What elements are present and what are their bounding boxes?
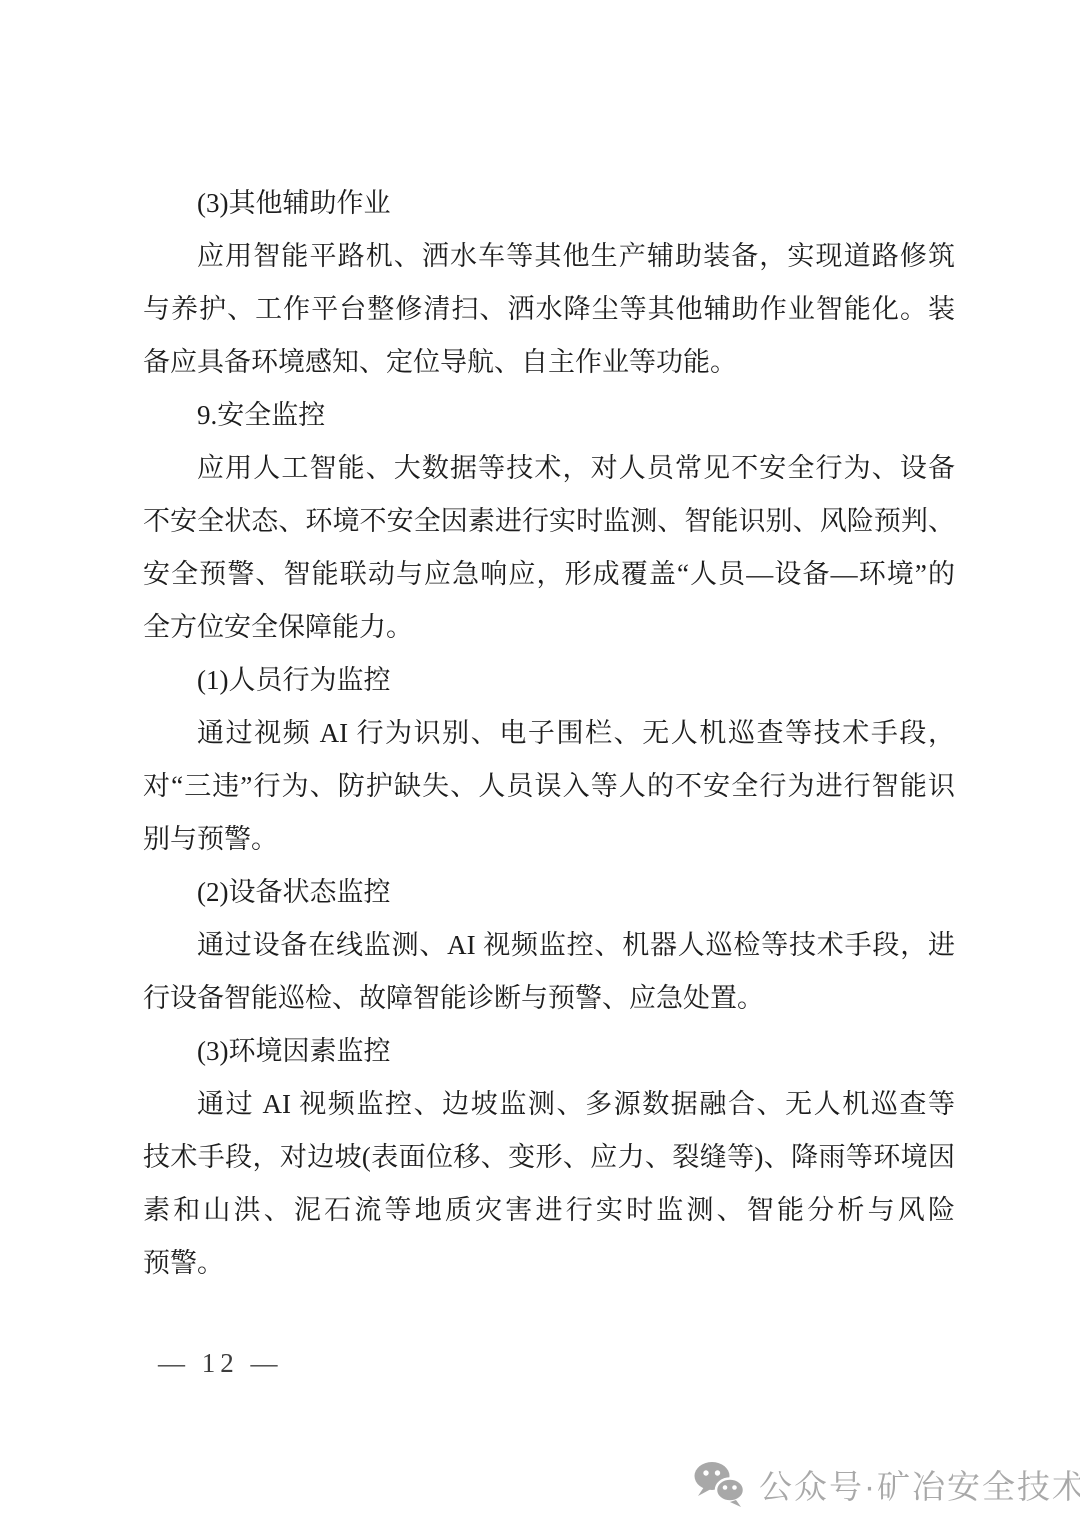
text-line: 通过 AI 视频监控、边坡监测、多源数据融合、无人机巡查等	[143, 1078, 955, 1131]
text-line: 通过设备在线监测、AI 视频监控、机器人巡检等技术手段，进	[143, 919, 955, 972]
text-line: 全方位安全保障能力。	[143, 601, 955, 654]
page-number: — 12 —	[158, 1348, 283, 1379]
text-line: 预警。	[143, 1237, 955, 1290]
text-line: 不安全状态、环境不安全因素进行实时监测、智能识别、风险预判、	[143, 495, 955, 548]
text-line: 行设备智能巡检、故障智能诊断与预警、应急处置。	[143, 972, 955, 1025]
paragraph: 应用智能平路机、洒水车等其他生产辅助装备，实现道路修筑与养护、工作平台整修清扫、…	[143, 230, 955, 389]
text-line: 9.安全监控	[143, 389, 955, 442]
document-page: (3)其他辅助作业应用智能平路机、洒水车等其他生产辅助装备，实现道路修筑与养护、…	[0, 0, 1080, 1527]
text-line: (1)人员行为监控	[143, 654, 955, 707]
document-body: (3)其他辅助作业应用智能平路机、洒水车等其他生产辅助装备，实现道路修筑与养护、…	[143, 177, 955, 1290]
paragraph: 通过设备在线监测、AI 视频监控、机器人巡检等技术手段，进行设备智能巡检、故障智…	[143, 919, 955, 1025]
paragraph: 通过视频 AI 行为识别、电子围栏、无人机巡查等技术手段，对“三违”行为、防护缺…	[143, 707, 955, 866]
text-line: 别与预警。	[143, 813, 955, 866]
watermark: 公众号·矿冶安全技术	[693, 1460, 1080, 1508]
text-line: 通过视频 AI 行为识别、电子围栏、无人机巡查等技术手段，	[143, 707, 955, 760]
paragraph-heading: 9.安全监控	[143, 389, 955, 442]
text-line: 与养护、工作平台整修清扫、洒水降尘等其他辅助作业智能化。装	[143, 283, 955, 336]
paragraph-heading: (2)设备状态监控	[143, 866, 955, 919]
text-line: (3)环境因素监控	[143, 1025, 955, 1078]
paragraph: 应用人工智能、大数据等技术，对人员常见不安全行为、设备不安全状态、环境不安全因素…	[143, 442, 955, 654]
text-line: 素和山洪、泥石流等地质灾害进行实时监测、智能分析与风险	[143, 1184, 955, 1237]
watermark-text: 公众号·矿冶安全技术	[759, 1461, 1080, 1508]
paragraph-heading: (3)其他辅助作业	[143, 177, 955, 230]
paragraph: 通过 AI 视频监控、边坡监测、多源数据融合、无人机巡查等技术手段，对边坡(表面…	[143, 1078, 955, 1290]
text-line: (2)设备状态监控	[143, 866, 955, 919]
paragraph-heading: (3)环境因素监控	[143, 1025, 955, 1078]
text-line: 应用人工智能、大数据等技术，对人员常见不安全行为、设备	[143, 442, 955, 495]
text-line: 技术手段，对边坡(表面位移、变形、应力、裂缝等)、降雨等环境因	[143, 1131, 955, 1184]
text-line: (3)其他辅助作业	[143, 177, 955, 230]
wechat-icon	[693, 1460, 747, 1508]
text-line: 应用智能平路机、洒水车等其他生产辅助装备，实现道路修筑	[143, 230, 955, 283]
text-line: 安全预警、智能联动与应急响应，形成覆盖“人员—设备—环境”的	[143, 548, 955, 601]
text-line: 备应具备环境感知、定位导航、自主作业等功能。	[143, 336, 955, 389]
text-line: 对“三违”行为、防护缺失、人员误入等人的不安全行为进行智能识	[143, 760, 955, 813]
paragraph-heading: (1)人员行为监控	[143, 654, 955, 707]
